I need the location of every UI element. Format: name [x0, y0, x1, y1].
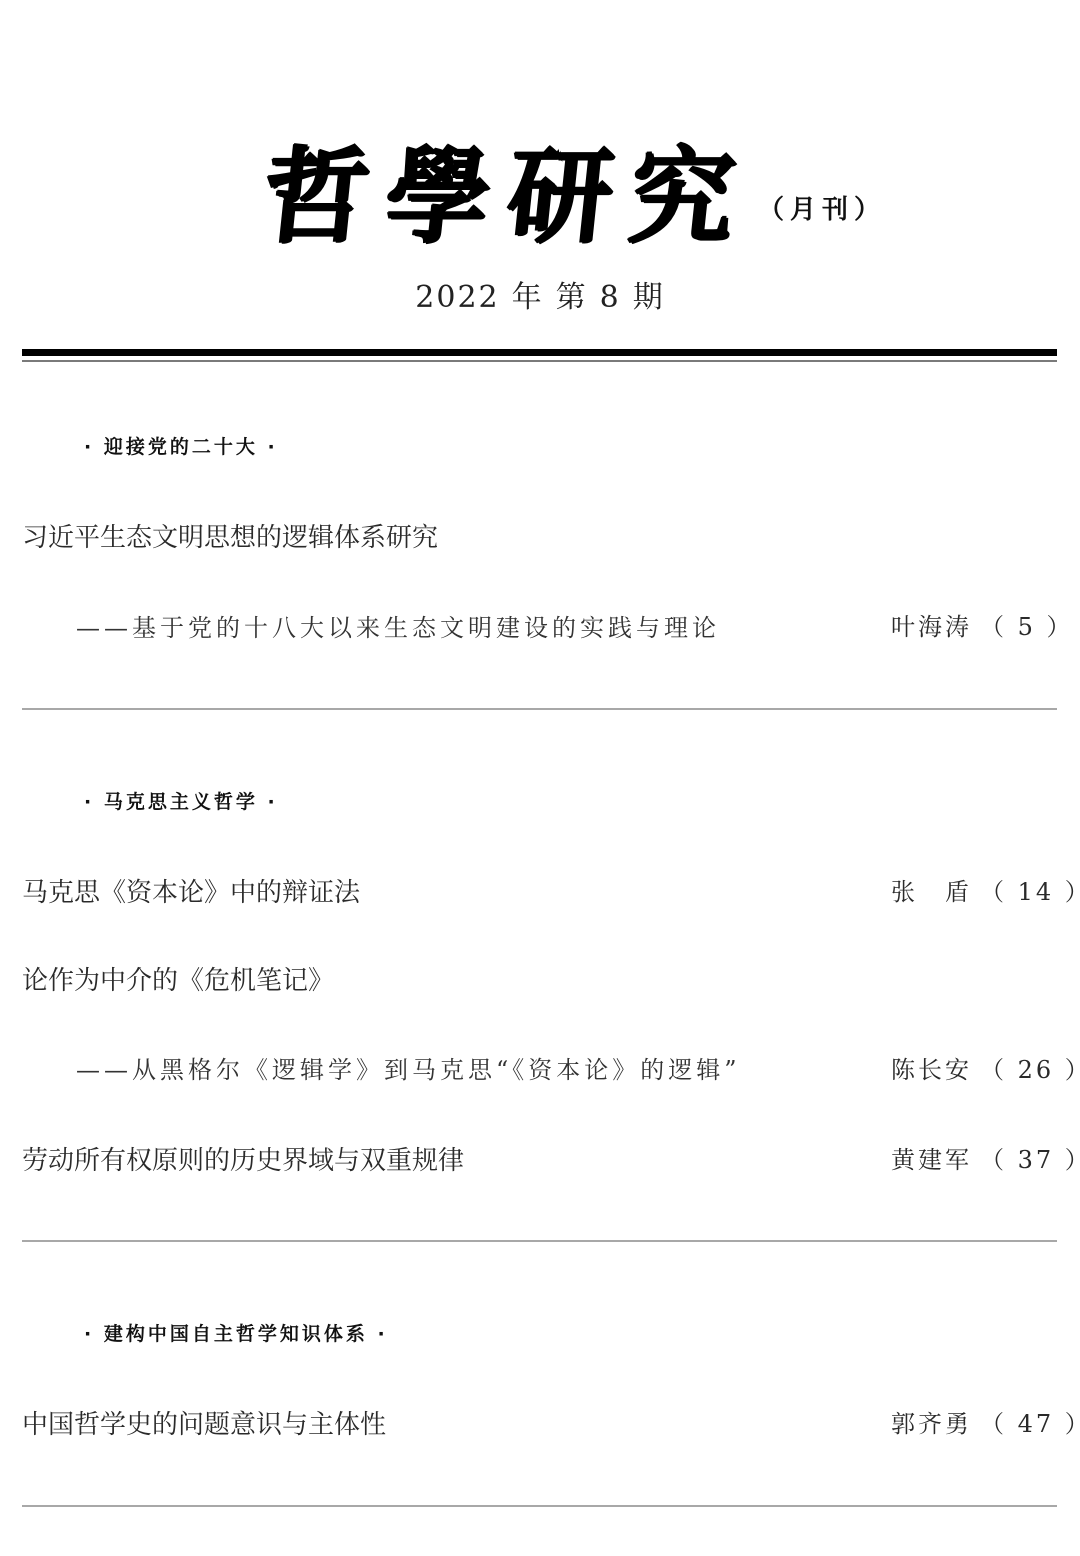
- issue-number: 8: [600, 280, 621, 315]
- issue-year: 2022: [415, 280, 499, 315]
- journal-frequency: （月刊）: [758, 189, 886, 226]
- issue-year-suffix: 年: [512, 280, 544, 315]
- article-author: 张 盾: [891, 872, 972, 907]
- article-byline: 郭齐勇 （ 47 ）: [891, 1404, 1061, 1439]
- article-page: （ 37 ）: [980, 1140, 1080, 1175]
- article-title[interactable]: 习近平生态文明思想的逻辑体系研究: [22, 517, 438, 554]
- masthead: 哲學研究 （月刊）: [0, 108, 1080, 248]
- section-divider: [22, 1240, 1057, 1242]
- article-page: （ 14 ）: [980, 872, 1080, 907]
- article-byline: 叶海涛 （ 5 ）: [891, 607, 1061, 642]
- article-byline: 张 盾 （ 14 ）: [891, 872, 1061, 907]
- article-author: 黄建军: [891, 1140, 972, 1175]
- issue-prefix: 第: [556, 280, 588, 315]
- article-author: 叶海涛: [891, 607, 972, 642]
- section-label: · 迎接党的二十大 ·: [84, 432, 278, 459]
- section-label: · 马克思主义哲学 ·: [84, 787, 278, 814]
- article-page: （ 47 ）: [980, 1404, 1080, 1439]
- article-byline: 陈长安 （ 26 ）: [891, 1050, 1061, 1085]
- article-title[interactable]: 马克思《资本论》中的辩证法: [22, 872, 360, 909]
- article-subtitle: ——从黑格尔《逻辑学》到马克思“《资本论》的逻辑”: [76, 1050, 741, 1085]
- section-divider: [22, 708, 1057, 710]
- article-page: （ 5 ）: [980, 607, 1074, 642]
- section-divider: [22, 1505, 1057, 1507]
- article-title[interactable]: 中国哲学史的问题意识与主体性: [22, 1404, 386, 1441]
- issue-suffix: 期: [633, 280, 665, 315]
- article-author: 郭齐勇: [891, 1404, 972, 1439]
- header-rule-thin: [22, 360, 1057, 362]
- header-rule-thick: [22, 349, 1057, 356]
- article-author: 陈长安: [891, 1050, 972, 1085]
- article-page: （ 26 ）: [980, 1050, 1080, 1085]
- section-label: · 建构中国自主哲学知识体系 ·: [84, 1319, 388, 1346]
- article-byline: 黄建军 （ 37 ）: [891, 1140, 1061, 1175]
- article-title[interactable]: 劳动所有权原则的历史界域与双重规律: [22, 1140, 464, 1177]
- article-subtitle: ——基于党的十八大以来生态文明建设的实践与理论: [76, 608, 720, 643]
- article-title[interactable]: 论作为中介的《危机笔记》: [22, 960, 334, 997]
- issue-line: 2022年第8期: [0, 272, 1080, 316]
- journal-title: 哲學研究: [259, 144, 758, 248]
